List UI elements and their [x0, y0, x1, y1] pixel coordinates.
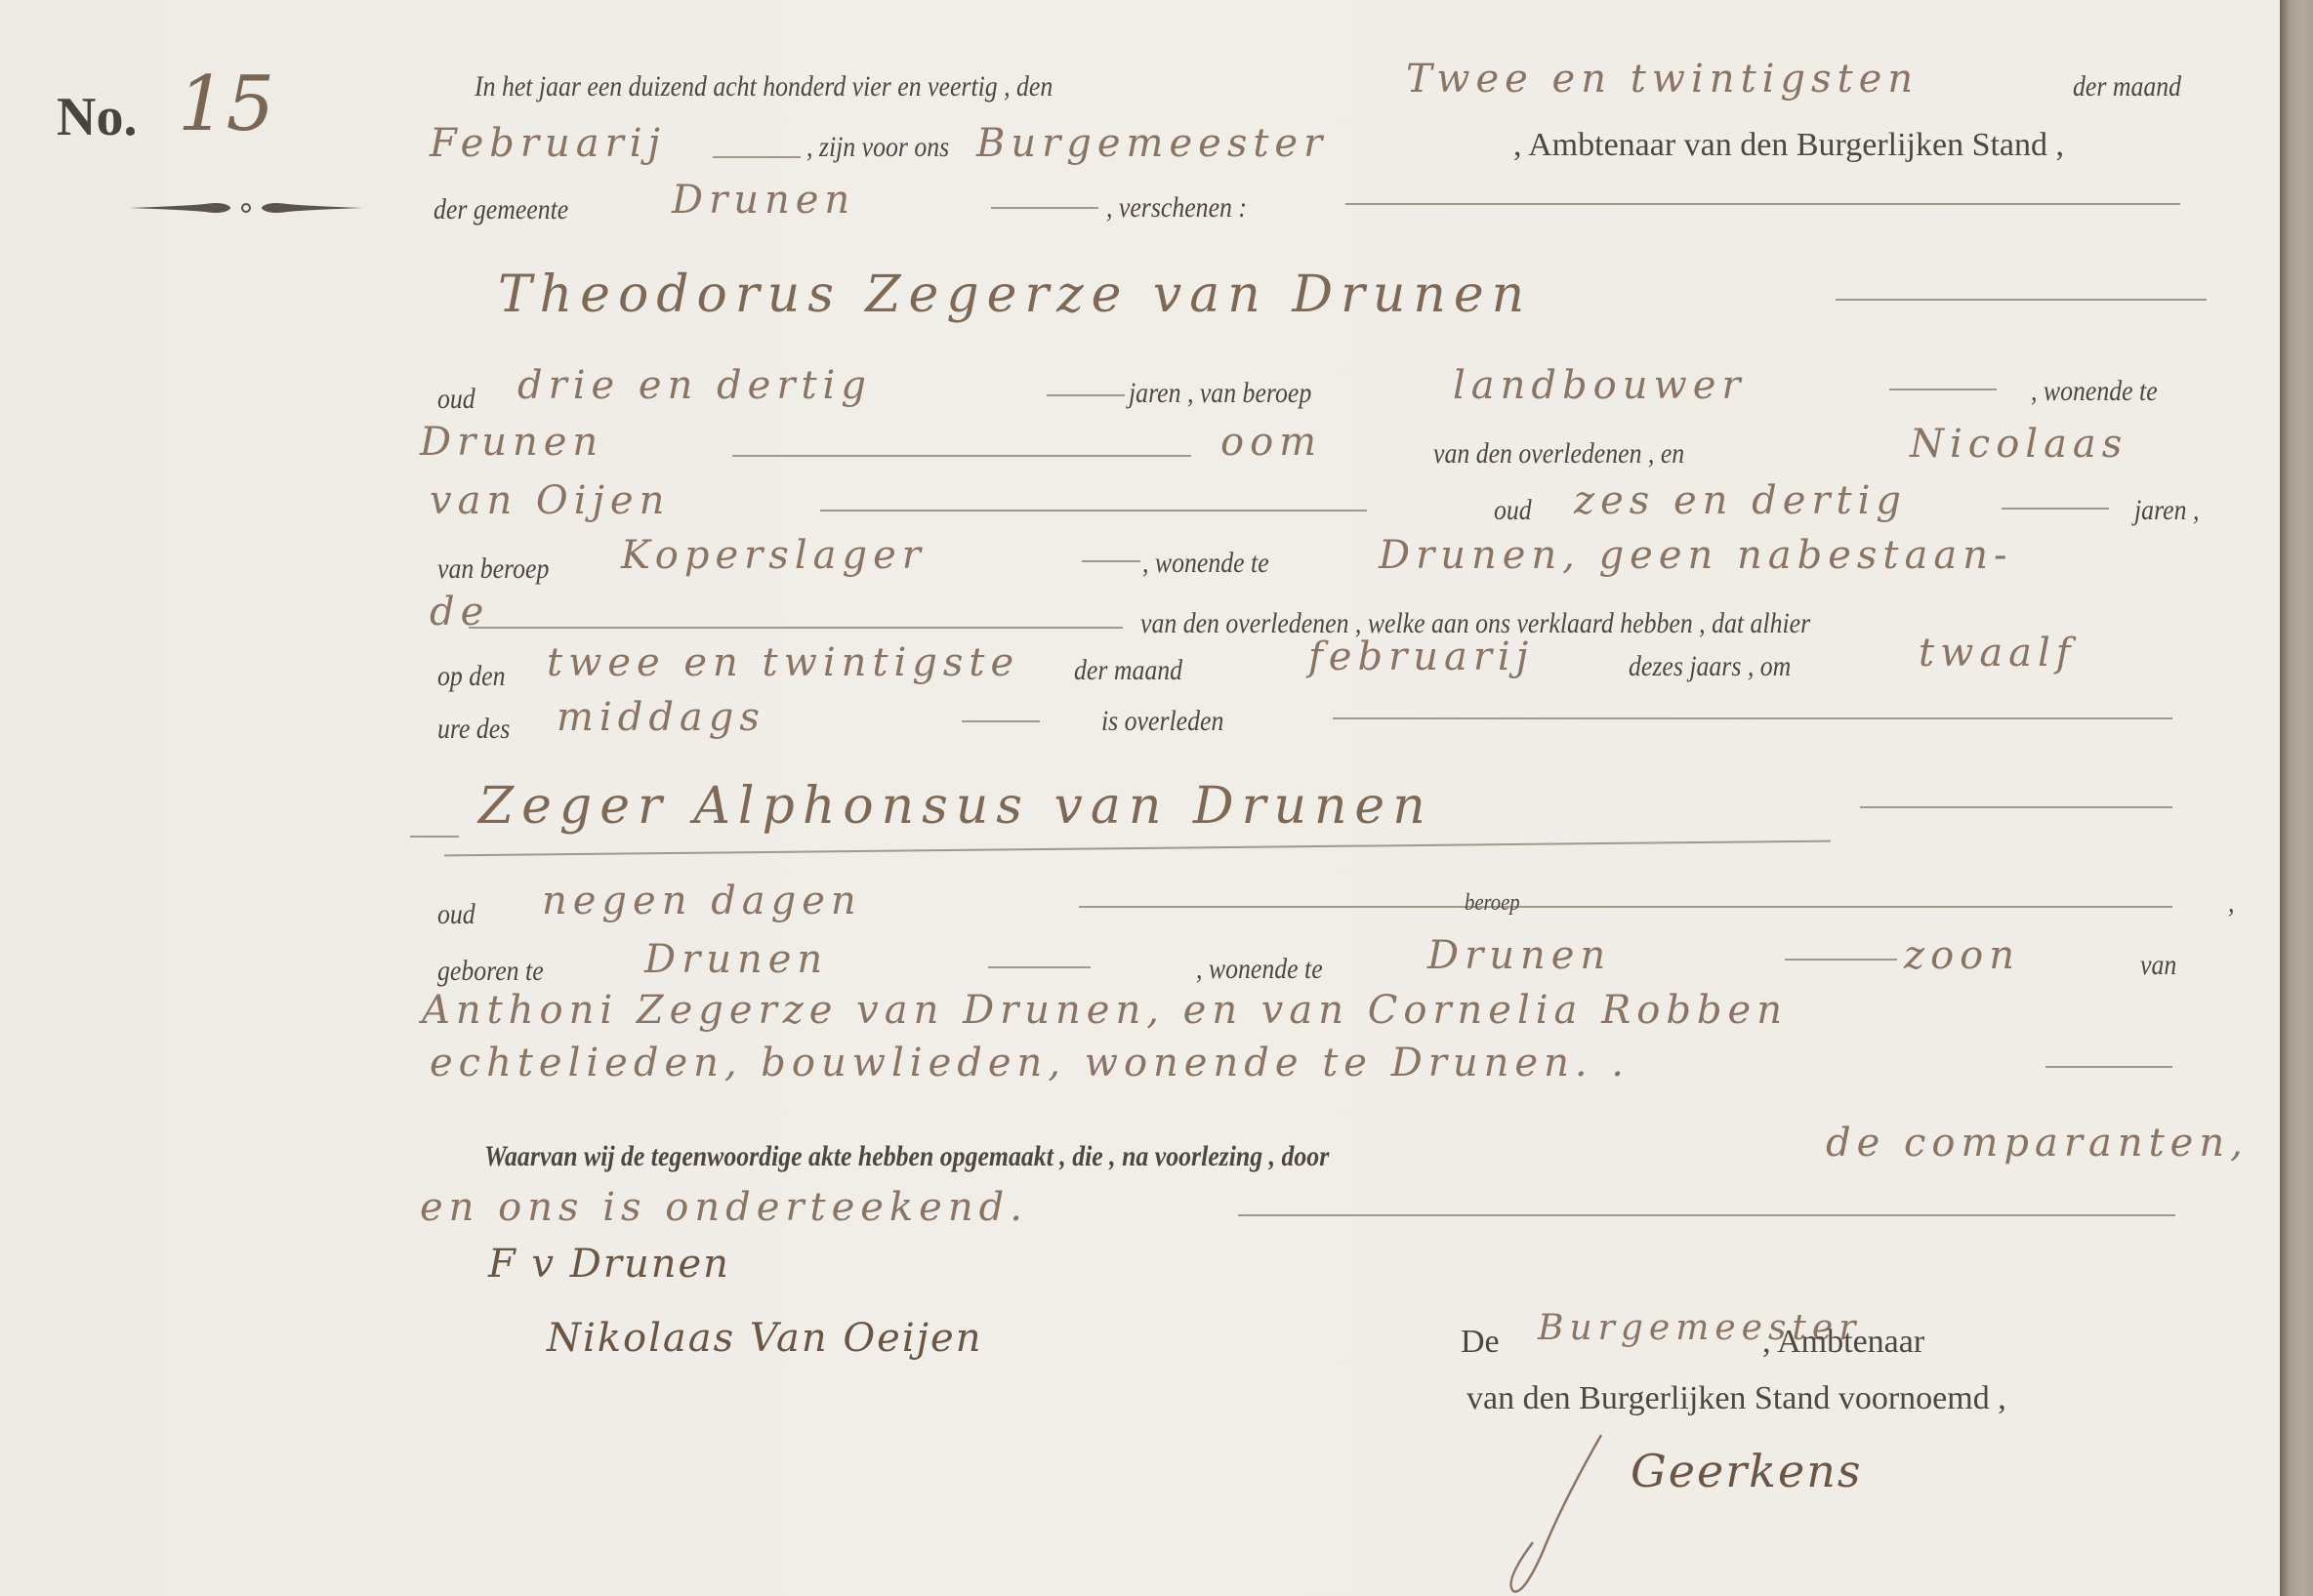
fill-line [2002, 508, 2109, 510]
line1-hand-day: Twee en twintigsten [1406, 57, 1919, 102]
line3-hand-municipality: Drunen [672, 178, 855, 223]
birth-place: Drunen [644, 937, 828, 982]
fill-line [2045, 1066, 2172, 1068]
closing-printed-b: van den Burgerlijken Stand voornoemd , [1466, 1380, 2006, 1417]
signature-flourish-icon [1504, 1425, 1621, 1596]
line3-printed-b: , verschenen : [1106, 191, 1247, 225]
line8-printed-a: van beroep [437, 552, 549, 586]
fill-line [820, 510, 1367, 512]
record-number-label: No. [57, 86, 137, 148]
declarant1-name: Theodorus Zegerze van Drunen [498, 266, 1532, 324]
fill-line [1082, 560, 1140, 562]
declarant2-surname: van Oijen [430, 478, 670, 523]
line14-printed-a: geboren te [437, 955, 544, 988]
declarant2-residence-relation: Drunen, geen nabestaan- [1379, 533, 2012, 578]
signature-witness1: F v Drunen [488, 1242, 730, 1287]
declarant2-age: zes en dertig [1574, 478, 1907, 523]
fill-line [988, 966, 1091, 968]
deceased-residence: Drunen [1427, 933, 1611, 978]
line10-printed-b: der maand [1074, 654, 1182, 687]
fill-line [1785, 959, 1897, 961]
line5-printed-a: oud [437, 383, 475, 416]
fill-line [732, 455, 1191, 457]
deceased-name: Zeger Alphonsus van Drunen [478, 777, 1433, 836]
death-month: februarij [1308, 634, 1534, 679]
declarant1-residence: Drunen [420, 420, 603, 465]
signature-official: Geerkens [1631, 1445, 1863, 1497]
parents-names: Anthoni Zegerze van Drunen, en van Corne… [422, 988, 1788, 1033]
fill-line [991, 207, 1098, 209]
death-time-of-day: middags [557, 695, 765, 740]
fill-line [469, 627, 1123, 629]
child-relation: zoon [1904, 933, 2020, 978]
line5-printed-b: jaren , van beroep [1129, 377, 1311, 410]
declarant1-occupation: landbouwer [1453, 363, 1747, 408]
declarant1-relation: oom [1220, 420, 1322, 465]
line5-printed-c: , wonende te [2031, 375, 2158, 408]
record-number-value: 15 [178, 61, 274, 148]
line2-printed-a: , zijn voor ons [806, 131, 949, 164]
line2-printed-b: , Ambtenaar van den Burgerlijken Stand , [1513, 127, 2064, 164]
line13-printed-a: oud [437, 898, 475, 931]
closing-printed-a: , Ambtenaar [1762, 1324, 1924, 1361]
line1-printed-a: In het jaar een duizend acht honderd vie… [475, 70, 1053, 103]
comma: , [2228, 886, 2234, 920]
line1-printed-b: der maand [2073, 70, 2181, 103]
death-day: twee en twintigste [547, 640, 1019, 685]
line6-printed-a: van den overledenen , en [1433, 437, 1684, 471]
fill-line [1333, 717, 2172, 719]
line11-printed-b: is overleden [1101, 705, 1223, 738]
death-hour: twaalf [1919, 631, 2077, 675]
declarant2-given-name: Nicolaas [1910, 422, 2127, 467]
line7-printed-b: jaren , [2134, 494, 2199, 527]
fill-line [1079, 906, 2172, 908]
fill-line [1047, 394, 1125, 396]
parents-occupation-residence: echtelieden, bouwlieden, wonende te Drun… [430, 1041, 1630, 1085]
fill-line [962, 720, 1040, 722]
fill-line [1238, 1214, 2175, 1216]
fill-line [1836, 299, 2207, 301]
line3-printed-a: der gemeente [434, 193, 568, 226]
declarant2-occupation: Koperslager [621, 533, 927, 578]
line14-printed-c: van [2140, 949, 2176, 982]
line13-printed-b-struck: beroep [1465, 890, 1520, 917]
declarant1-age: drie en dertig [517, 363, 872, 408]
line2-hand-official: Burgemeester [976, 121, 1328, 166]
deceased-age: negen dagen [542, 879, 862, 923]
signature-clause: en ons is onderteekend. [420, 1185, 1028, 1230]
fill-line [1860, 806, 2172, 808]
closing-printed-de: De [1461, 1324, 1500, 1361]
fill-line [1345, 203, 2180, 205]
fill-line [410, 836, 459, 838]
closing-printed: Waarvan wij de tegenwoordige akte hebben… [484, 1140, 1329, 1173]
line2-hand-month: Februarij [430, 121, 666, 166]
line10-printed-a: op den [437, 660, 506, 693]
fill-line [1889, 389, 1997, 390]
line8-printed-b: , wonende te [1142, 547, 1269, 580]
line11-printed-a: ure des [437, 713, 510, 746]
ornament-divider-icon [127, 201, 365, 215]
signatories: de comparanten, [1826, 1121, 2249, 1166]
fill-line [713, 156, 801, 158]
line10-printed-c: dezes jaars , om [1629, 650, 1791, 683]
signature-witness2: Nikolaas Van Oeijen [547, 1316, 982, 1361]
page-edge-binding [2280, 0, 2313, 1596]
line14-printed-b: , wonende te [1196, 953, 1323, 986]
line7-printed-a: oud [1494, 494, 1532, 527]
